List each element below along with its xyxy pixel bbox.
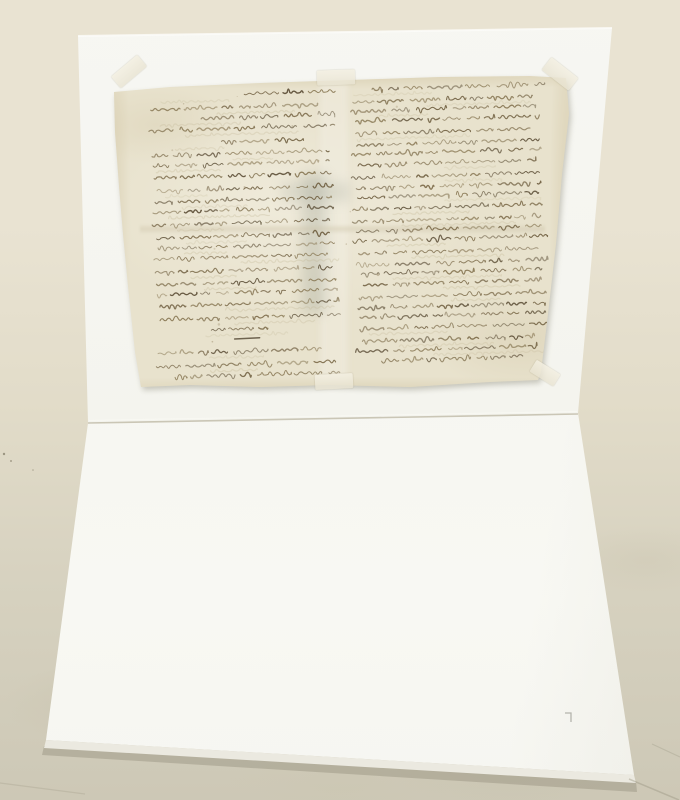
tape-piece-top-center bbox=[317, 69, 356, 85]
table-crease-left bbox=[0, 783, 85, 794]
handwriting-text bbox=[110, 74, 570, 390]
table-speck-2 bbox=[10, 460, 12, 462]
table-speck-3 bbox=[32, 469, 34, 471]
manuscript-page-left bbox=[148, 88, 344, 381]
photo-scene bbox=[0, 0, 680, 800]
table-speck-1 bbox=[3, 453, 5, 455]
manuscript-document bbox=[110, 74, 570, 390]
tape-piece-bottom-center bbox=[315, 373, 354, 390]
manuscript-wrapper bbox=[110, 74, 570, 390]
table-crease-right-2 bbox=[652, 744, 680, 757]
manuscript-page-right bbox=[347, 81, 553, 365]
